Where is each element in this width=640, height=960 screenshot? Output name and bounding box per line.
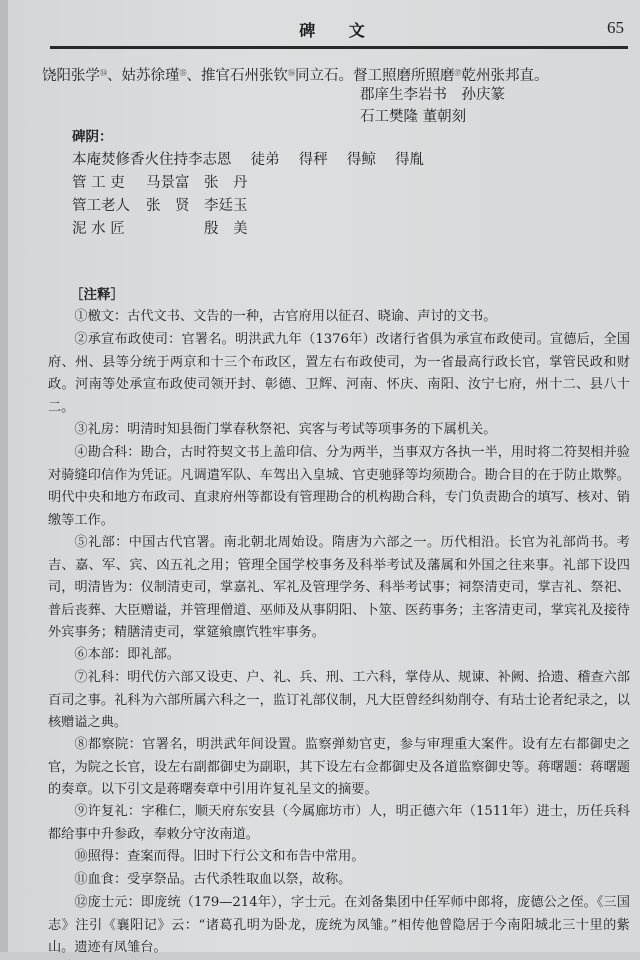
- cell: 张 丹: [204, 172, 248, 194]
- cell: 泥 水 匠: [72, 218, 146, 240]
- note-8: ⑧都察院：官署名，明洪武年间设置。监察弹劾官吏，参与审理重大案件。设有左右都御史…: [48, 734, 630, 802]
- text-fragment: 、推官石州张钦: [187, 68, 289, 84]
- footnote-mark: ㊱: [288, 69, 295, 77]
- back-title: 碑阴：: [72, 126, 113, 148]
- note-4: ④勘合科：勘合，古时符契文书上盖印信、分为两半，当事双方各执一半，用时将二符契相…: [48, 442, 630, 532]
- signer-line-2: 石工樊隆 董朝刻: [360, 106, 466, 128]
- back-row-3: 管工老人 张 贤 李廷玉: [72, 195, 248, 217]
- back-row-2: 管 工 吏 马景富 张 丹: [72, 172, 248, 194]
- cell: [146, 218, 204, 240]
- text-fragment: 乾州张邦直。: [462, 68, 549, 84]
- cell: 殷 美: [204, 218, 248, 240]
- note-12: ⑫庞士元：即庞统（179—214年），字士元。在刘备集团中任军师中郎将，庞德公之…: [48, 892, 630, 952]
- page-number: 65: [607, 18, 624, 38]
- note-11: ⑪血食：受享祭品。古代杀牲取血以祭，故称。: [48, 869, 630, 892]
- signer-line-1: 郡庠生李岩书 孙庆篆: [360, 84, 505, 106]
- cell: 李廷玉: [204, 195, 248, 217]
- cell: 得鲸: [347, 152, 376, 168]
- note-7: ⑦礼科：明代仿六部又设吏、户、礼、兵、刑、工六科，掌侍从、规谏、补阙、拾遗、稽查…: [48, 667, 630, 735]
- cell: 管 工 吏: [72, 172, 146, 194]
- note-5: ⑤礼部：中国古代官署。南北朝北周始设。隋唐为六部之一。历代相沿。长官为礼部尚书。…: [48, 532, 630, 645]
- cell: 管工老人: [72, 195, 146, 217]
- page-header: 碑 文 65: [50, 14, 628, 44]
- back-row-1: 本庵焚修香火住持李志恩 徒弟 得秤 得鲸 得胤: [72, 149, 424, 171]
- page-edge-shadow: [0, 0, 8, 952]
- footnote-mark: ㉟: [180, 69, 187, 77]
- cell: 马景富: [146, 172, 204, 194]
- cell: 徒弟: [251, 152, 280, 168]
- note-10: ⑩照得：查案而得。旧时下行公文和布告中常用。: [48, 846, 630, 869]
- cell: 张 贤: [146, 195, 204, 217]
- footnote-mark: ㉞: [100, 69, 107, 77]
- header-rule: [50, 46, 628, 49]
- note-2: ②承宣布政使司：官署名。明洪武九年（1376年）改诸行省俱为承宣布政使司。宣德后…: [48, 329, 630, 419]
- text-fragment: 同立石。督工照磨所照磨: [295, 68, 455, 84]
- text-fragment: 饶阳张学: [42, 68, 100, 84]
- cell: 得胤: [395, 152, 424, 168]
- back-row-4: 泥 水 匠 殷 美: [72, 218, 248, 240]
- book-page: 碑 文 65 饶阳张学㉞、姑苏徐瑾㉟、推官石州张钦㊱同立石。督工照磨所照磨㊲乾州…: [8, 0, 640, 952]
- note-3: ③礼房：明清时知县衙门掌春秋祭祀、宾客与考试等项事务的下属机关。: [48, 419, 630, 442]
- running-title: 碑 文: [50, 18, 628, 41]
- notes-title: ［注释］: [70, 284, 124, 306]
- note-1: ①檄文：古代文书、文告的一种，古官府用以征召、晓谕、声讨的文书。: [48, 306, 630, 329]
- cell: 得秤: [299, 152, 328, 168]
- note-9: ⑨许复礼：字稚仁，顺天府东安县（今属廊坊市）人，明正德六年（1511年）进士，历…: [48, 801, 630, 846]
- footnote-mark: ㊲: [455, 69, 462, 77]
- note-6: ⑥本部：即礼部。: [48, 644, 630, 667]
- text-fragment: 、姑苏徐瑾: [107, 68, 180, 84]
- cell: 本庵焚修香火住持李志恩: [72, 152, 232, 168]
